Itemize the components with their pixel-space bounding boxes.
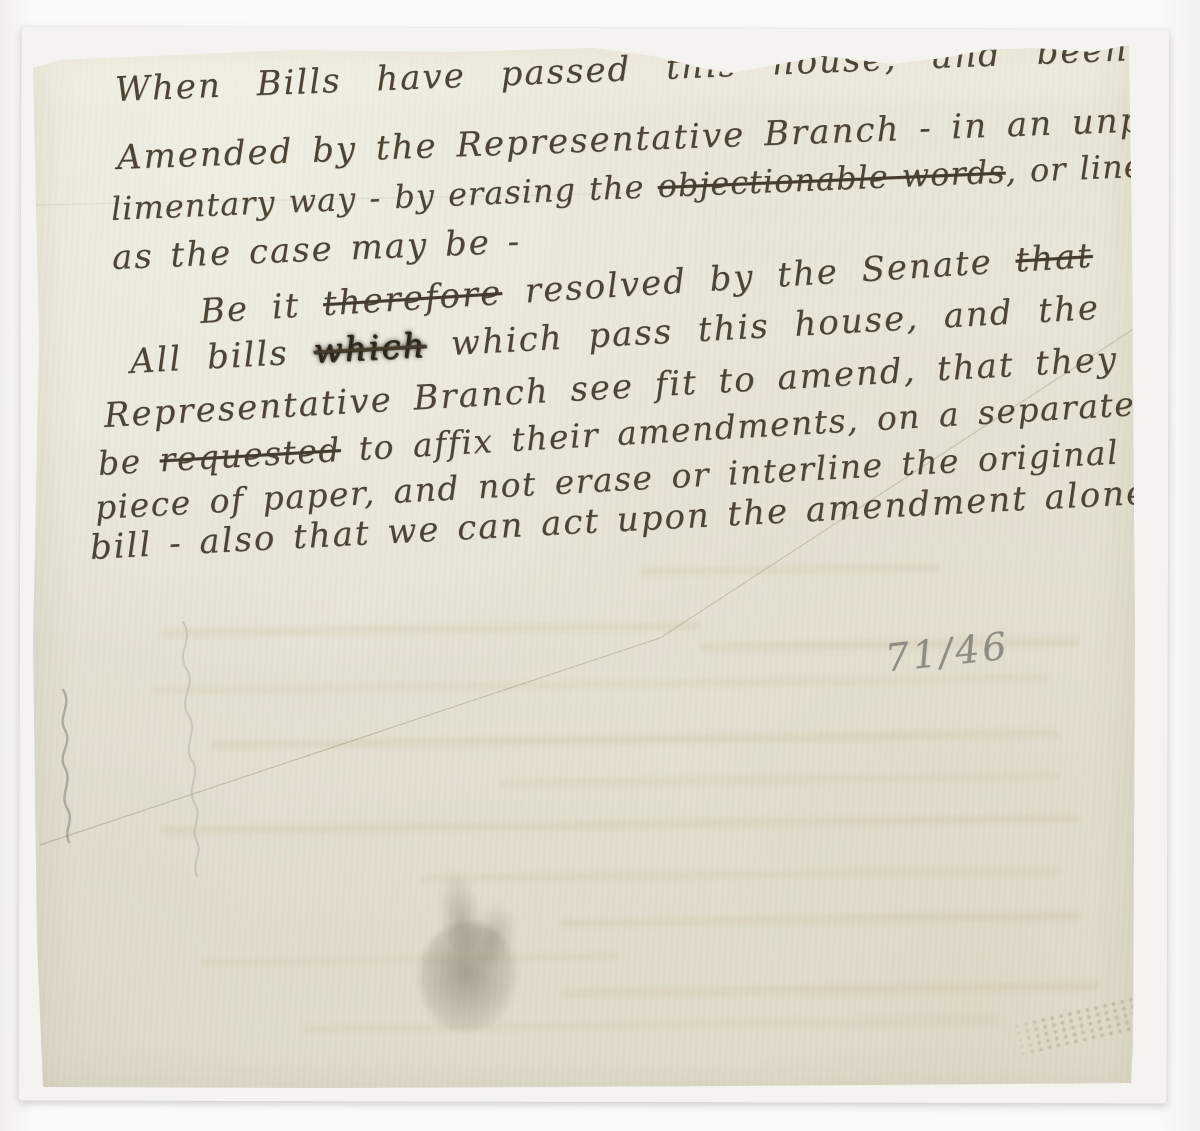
- bleed-through-line: [420, 866, 1060, 884]
- manuscript-paper: When Bills have passed this house, and b…: [33, 42, 1135, 1090]
- bleed-through-line: [300, 1015, 1000, 1034]
- pencil-smudge: [63, 690, 70, 842]
- bleed-through-line: [200, 952, 620, 967]
- manuscript-line: as the case may be -: [111, 222, 522, 278]
- stain: [414, 919, 522, 1038]
- bleed-through-line: [160, 814, 1080, 836]
- scan-background: When Bills have passed this house, and b…: [0, 0, 1200, 1131]
- bleed-through-line: [560, 911, 1080, 927]
- catalog-number-annotation: 71/46: [883, 624, 1011, 681]
- bleed-through-line: [560, 981, 1100, 998]
- bleed-through-line: [500, 771, 1060, 788]
- bleed-through-line: [640, 563, 940, 576]
- pencil-smudge: [183, 622, 199, 876]
- bleed-through-line: [160, 621, 700, 638]
- bleed-through-line: [210, 729, 1060, 750]
